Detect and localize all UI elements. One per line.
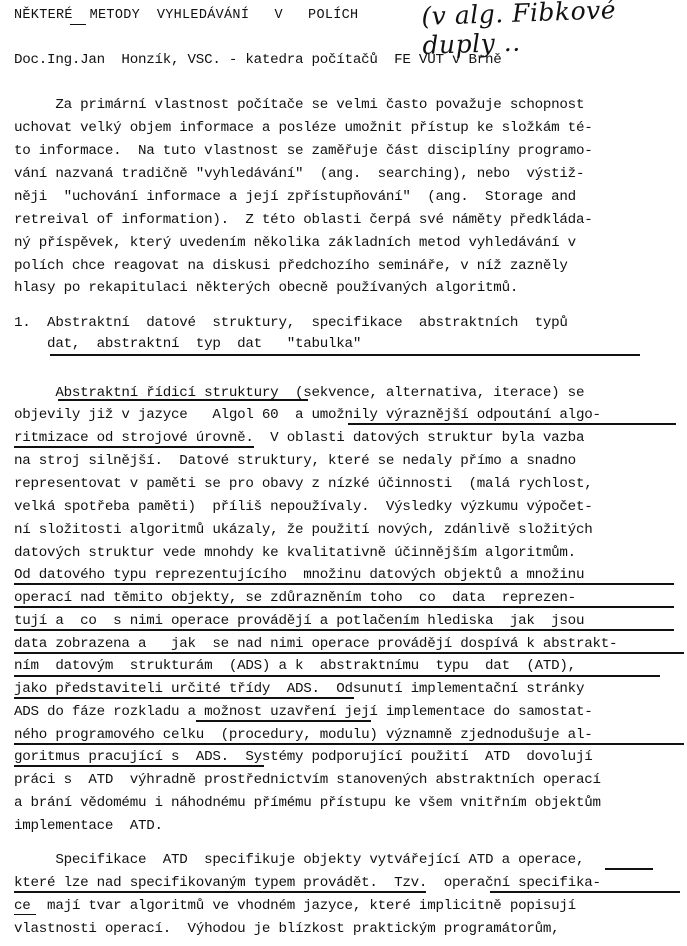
- underline-mark: [14, 446, 254, 448]
- text-line: ného programového celku (procedury, modu…: [14, 726, 592, 744]
- text-line: jako představiteli určité třídy ADS. Ods…: [14, 680, 584, 698]
- text-line: ním datovým strukturám (ADS) a k abstrak…: [14, 657, 576, 675]
- text-line: data zobrazena a jak se nad nimi operace…: [14, 635, 617, 653]
- text-line: goritmus pracující s ADS. Systémy podpor…: [14, 748, 592, 766]
- text-line: datových struktur vede mnohdy ke kvalita…: [14, 544, 576, 562]
- text-line: objevily již v jazyce Algol 60 a umožnil…: [14, 406, 601, 424]
- text-line: uchovat velký objem informace a posléze …: [14, 119, 592, 137]
- text-line: vání nazvaná tradičně "vyhledávání" (ang…: [14, 165, 584, 183]
- text-line: retreival of information). Z této oblast…: [14, 211, 592, 229]
- text-line: operací nad těmito objekty, se zdůrazněn…: [14, 589, 576, 607]
- text-line: representovat v paměti se pro obavy z ní…: [14, 475, 592, 493]
- underline-mark: [490, 891, 680, 893]
- text-line: na stroj silnější. Datové struktury, kte…: [14, 452, 576, 470]
- underline-mark: [14, 652, 684, 654]
- text-line: ritmizace od strojové úrovně. V oblasti …: [14, 429, 584, 447]
- text-line: implementace ATD.: [14, 817, 163, 835]
- document-title: NĚKTERÉ METODY VYHLEDÁVÁNÍ V POLÍCH: [14, 7, 358, 25]
- text-line: to informace. Na tuto vlastnost se zaměř…: [14, 142, 592, 160]
- text-line: práci s ATD výhradně prostřednictvím sta…: [14, 771, 601, 789]
- text-line: Od datového typu reprezentujícího množin…: [14, 566, 584, 584]
- underline-mark: [14, 606, 674, 608]
- text-line: hlasy po rekapitulaci některých obecně p…: [14, 279, 518, 297]
- title-underline-mark: [70, 24, 86, 25]
- heading-underline: [50, 354, 640, 356]
- text-line: něji "uchování informace a její zpřístup…: [14, 188, 576, 206]
- text-line: ADS do fáze rozkladu a možnost uzavření …: [14, 703, 592, 721]
- underline-mark: [14, 765, 264, 767]
- underline-mark: [14, 675, 660, 677]
- underline-mark: [348, 423, 676, 425]
- text-line: a brání vědomému i náhodnému přímému pří…: [14, 794, 601, 812]
- underline-mark: [605, 868, 653, 870]
- text-line: velká spotřeba paměti) příliš nepoužíval…: [14, 498, 592, 516]
- underline-mark: [14, 743, 684, 745]
- underline-mark: [14, 891, 426, 893]
- text-line: ní složitosti algoritmů ukázaly, že použ…: [14, 521, 592, 539]
- heading-line: 1. Abstraktní datové struktury, specifik…: [14, 314, 568, 332]
- heading-line: dat, abstraktní typ dat "tabulka": [14, 335, 361, 353]
- author-line: Doc.Ing.Jan Honzík, VSC. - katedra počít…: [14, 51, 502, 69]
- underline-mark: [14, 583, 674, 585]
- document-page: NĚKTERÉ METODY VYHLEDÁVÁNÍ V POLÍCH (v a…: [0, 0, 687, 946]
- underline-mark: [58, 399, 308, 401]
- text-line: vlastnosti operací. Výhodou je blízkost …: [14, 920, 559, 938]
- text-line: Za primární vlastnost počítače se velmi …: [14, 96, 584, 114]
- text-line: Specifikace ATD specifikuje objekty vytv…: [14, 851, 584, 869]
- text-line: ný příspěvek, který uvedením několika zá…: [14, 234, 576, 252]
- underline-mark: [14, 629, 674, 631]
- underline-mark: [14, 914, 36, 915]
- text-line: ce mají tvar algoritmů ve vhodném jazyce…: [14, 897, 576, 915]
- text-line: polích chce reagovat na diskusi předchoz…: [14, 257, 568, 275]
- text-line: které lze nad specifikovaným typem prová…: [14, 874, 601, 892]
- underline-mark: [196, 720, 371, 722]
- text-line: tují a co s nimi operace provádějí a pot…: [14, 612, 584, 630]
- underline-mark: [14, 697, 354, 699]
